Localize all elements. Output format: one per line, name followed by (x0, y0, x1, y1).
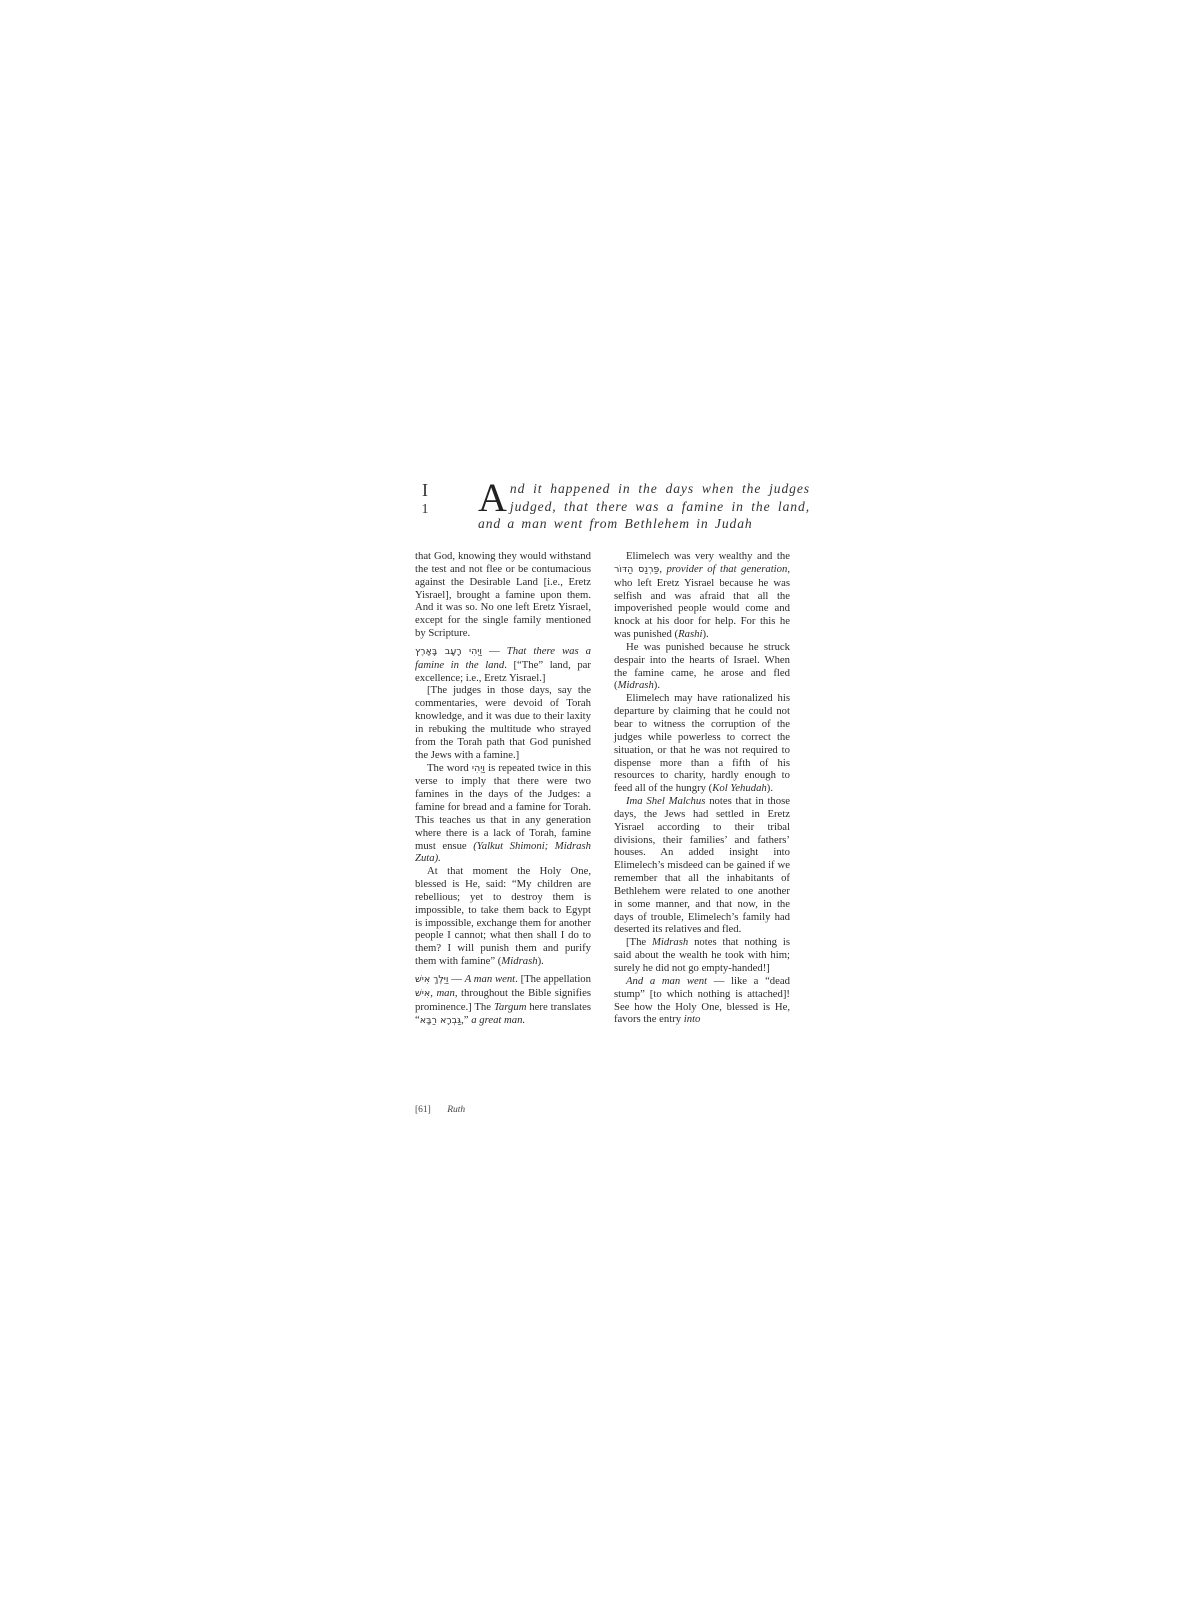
source-citation: Rashi (678, 628, 702, 640)
chapter-verse-marker: I 1 (415, 480, 435, 520)
verse-translation: And it happened in the days when the jud… (478, 480, 810, 533)
chapter-number: I (415, 480, 435, 500)
source-citation: Midrash (652, 936, 688, 948)
lemma-translation: And a man went (626, 975, 707, 987)
hebrew-word: אִישׁ (415, 988, 430, 999)
hebrew-word: פַּרְנַס הַדּוֹר (614, 564, 659, 575)
lemma-translation: A man went (465, 973, 515, 985)
verse-number: 1 (415, 500, 435, 520)
commentary-right-column: Elimelech was very wealthy and the פַּרְ… (614, 550, 790, 1027)
source-citation: Midrash (501, 955, 537, 967)
hebrew-word: וַיְהִי (472, 763, 485, 774)
source-citation: Ima Shel Malchus (626, 795, 705, 807)
source-citation: Midrash (618, 679, 654, 691)
commentary-paragraph: Elimelech may have rationalized his depa… (614, 692, 790, 795)
commentary-left-column: that God, knowing they would withstand t… (415, 550, 591, 1027)
commentary-paragraph: [The judges in those days, say the comme… (415, 684, 591, 761)
drop-cap: A (478, 482, 507, 514)
commentary-paragraph: He was punished because he struck despai… (614, 641, 790, 692)
source-citation: Kol Yehudah (712, 782, 767, 794)
verse-body: nd it happened in the days when the judg… (478, 481, 810, 531)
running-head: Ruth (447, 1105, 465, 1115)
commentary-paragraph: Elimelech was very wealthy and the פַּרְ… (614, 550, 790, 641)
hebrew-lemma: וַיֵּלֶךְ אִישׁ (415, 974, 449, 985)
page-number: [61] (415, 1105, 431, 1115)
hebrew-lemma: וַיְהִי רָעָב בָּאָרֶץ (415, 646, 482, 657)
page-footer: [61] Ruth (415, 1105, 465, 1115)
source-citation: Targum (494, 1001, 526, 1013)
commentary-paragraph: וַיֵּלֶךְ אִישׁ — A man went. [The ap­pe… (415, 973, 591, 1027)
commentary-paragraph: Ima Shel Malchus notes that in those day… (614, 795, 790, 936)
hebrew-word: גַּבְרָא רַבָּא (420, 1015, 461, 1026)
commentary-paragraph: At that moment the Holy One, blessed is … (415, 865, 591, 968)
commentary-paragraph: [The Midrash notes that noth­ing is said… (614, 936, 790, 975)
commentary-columns: that God, knowing they would withstand t… (415, 550, 790, 1027)
commentary-paragraph: And a man went — like a “dead stump” [to… (614, 975, 790, 1026)
commentary-paragraph: וַיְהִי רָעָב בָּאָרֶץ — That there was … (415, 645, 591, 685)
commentary-paragraph: The word וַיְהִי is repeated twice in th… (415, 762, 591, 866)
commentary-paragraph: that God, knowing they would withstand t… (415, 550, 591, 640)
